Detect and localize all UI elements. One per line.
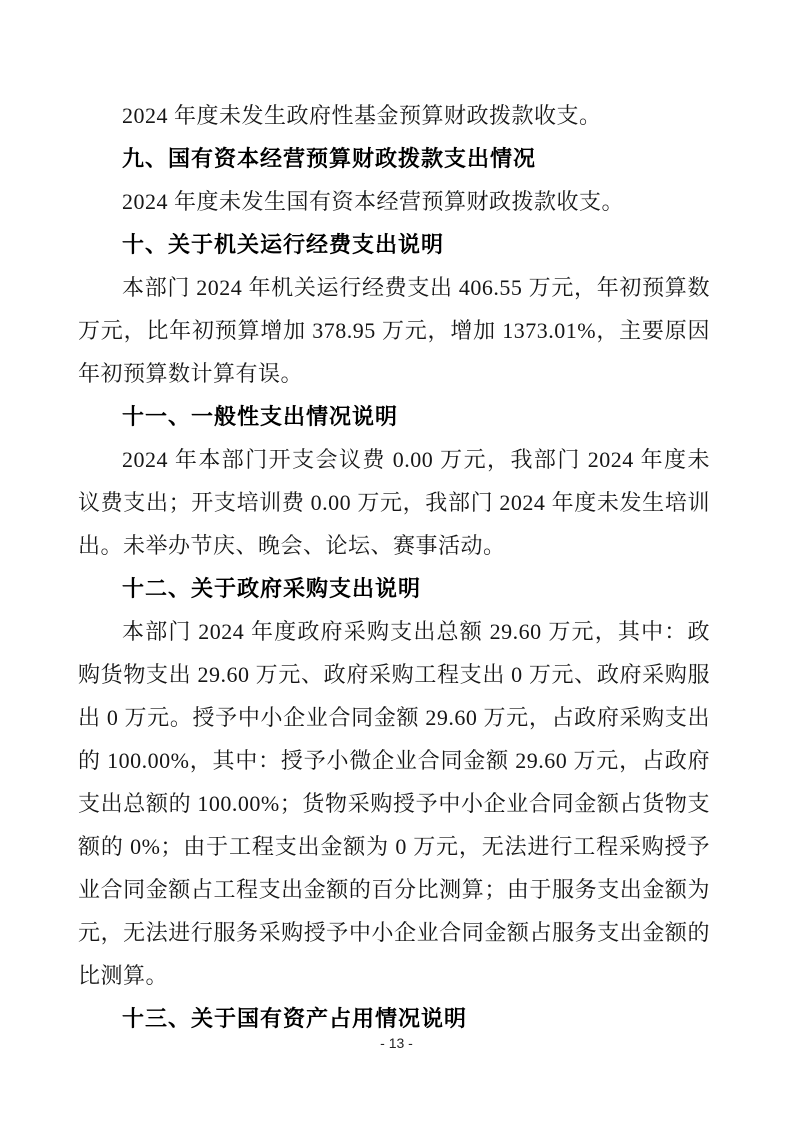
- section-heading: 十一、一般性支出情况说明: [78, 395, 710, 438]
- body-text-line: 元，无法进行服务采购授予中小企业合同金额占服务支出金额的百分: [78, 911, 710, 954]
- body-text-line: 额的 0%；由于工程支出金额为 0 万元，无法进行工程采购授予中小企: [78, 825, 710, 868]
- section-heading: 九、国有资本经营预算财政拨款支出情况: [78, 137, 710, 180]
- body-text-line: 2024 年度未发生国有资本经营预算财政拨款收支。: [78, 180, 710, 223]
- body-text-line: 的 100.00%，其中：授予小微企业合同金额 29.60 万元，占政府采购: [78, 739, 710, 782]
- body-text-line: 支出总额的 100.00%；货物采购授予中小企业合同金额占货物支出金: [78, 782, 710, 825]
- document-page: 2024 年度未发生政府性基金预算财政拨款收支。九、国有资本经营预算财政拨款支出…: [0, 0, 793, 1122]
- document-text-body: 2024 年度未发生政府性基金预算财政拨款收支。九、国有资本经营预算财政拨款支出…: [78, 94, 710, 1040]
- body-text-line: 业合同金额占工程支出金额的百分比测算；由于服务支出金额为 0 万: [78, 868, 710, 911]
- body-text-line: 2024 年本部门开支会议费 0.00 万元，我部门 2024 年度未发生会: [78, 438, 710, 481]
- body-text-line: 购货物支出 29.60 万元、政府采购工程支出 0 万元、政府采购服务支: [78, 653, 710, 696]
- body-text-line: 比测算。: [78, 954, 710, 997]
- body-text-line: 本部门 2024 年机关运行经费支出 406.55 万元，年初预算数 27.6: [78, 266, 710, 309]
- section-heading: 十、关于机关运行经费支出说明: [78, 223, 710, 266]
- body-text-line: 2024 年度未发生政府性基金预算财政拨款收支。: [78, 94, 710, 137]
- body-text-line: 万元，比年初预算增加 378.95 万元，增加 1373.01%，主要原因是：: [78, 309, 710, 352]
- body-text-line: 本部门 2024 年度政府采购支出总额 29.60 万元，其中：政府采: [78, 610, 710, 653]
- page-number: - 13 -: [0, 1034, 793, 1052]
- section-heading: 十二、关于政府采购支出说明: [78, 567, 710, 610]
- body-text-line: 出。未举办节庆、晚会、论坛、赛事活动。: [78, 524, 710, 567]
- body-text-line: 出 0 万元。授予中小企业合同金额 29.60 万元，占政府采购支出总额: [78, 696, 710, 739]
- body-text-line: 年初预算数计算有误。: [78, 352, 710, 395]
- body-text-line: 议费支出；开支培训费 0.00 万元，我部门 2024 年度未发生培训费支: [78, 481, 710, 524]
